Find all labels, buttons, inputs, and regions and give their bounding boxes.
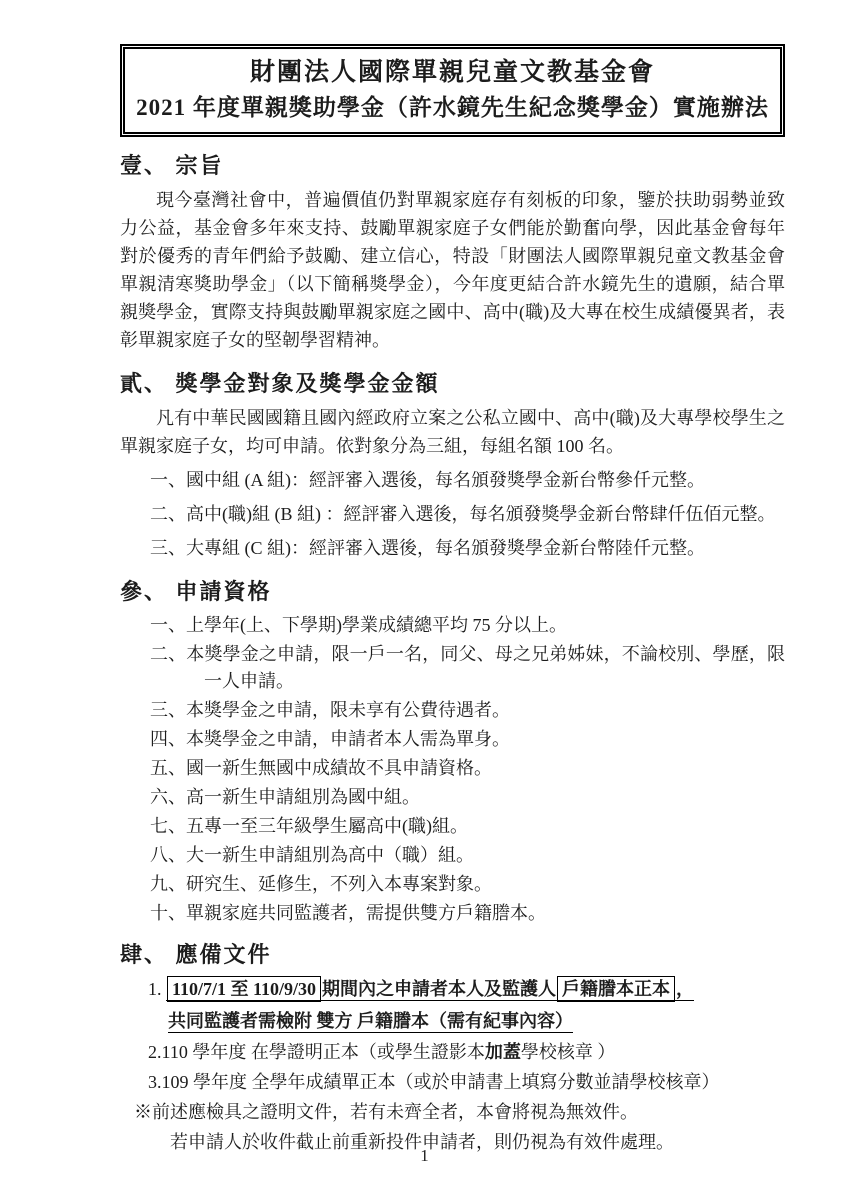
documents-invalid-note: ※前述應檢具之證明文件，若有未齊全者，本會將視為無效件。 bbox=[134, 1097, 785, 1127]
list-item-eligibility-8: 八、大一新生申請組別為高中（職）組。 bbox=[150, 842, 785, 869]
document-item-2-bold: 加蓋 bbox=[485, 1042, 521, 1062]
document-item-1: 1. 110/7/1 至 110/9/30期間內之申請者本人及監護人戶籍謄本正本… bbox=[148, 973, 785, 1037]
document-title-box: 財團法人國際單親兒童文教基金會 2021 年度單親獎助學金（許水鏡先生紀念獎學金… bbox=[120, 44, 785, 137]
award-group-list: 一、國中組 (A 組)：經評審入選後，每名頒發獎學金新台幣參仟元整。 二、高中(… bbox=[120, 466, 785, 562]
list-item-eligibility-1: 一、上學年(上、下學期)學業成績總平均 75 分以上。 bbox=[150, 612, 785, 639]
document-item-3: 3.109 學年度 全學年成績單正本（或於申請書上填寫分數並請學校核章） bbox=[148, 1067, 785, 1097]
purpose-paragraph: 現今臺灣社會中，普遍價值仍對單親家庭存有刻板的印象，鑒於扶助弱勢並致力公益，基金… bbox=[120, 186, 785, 354]
section-award-heading: 貳、 獎學金對象及獎學金金額 bbox=[120, 370, 785, 398]
section-award: 貳、 獎學金對象及獎學金金額 凡有中華民國國籍且國內經政府立案之公私立國中、高中… bbox=[120, 370, 785, 562]
document-item-2-number: 2. bbox=[148, 1042, 162, 1062]
page-number: 1 bbox=[0, 1146, 849, 1166]
document-title-program: 2021 年度單親獎助學金（許水鏡先生紀念獎學金）實施辦法 bbox=[129, 91, 776, 124]
list-item-eligibility-6: 六、高一新生申請組別為國中組。 bbox=[150, 784, 785, 811]
list-item-eligibility-3: 三、本獎學金之申請，限未享有公費待遇者。 bbox=[150, 697, 785, 724]
section-documents-heading: 肆、 應備文件 bbox=[120, 941, 785, 969]
document-item-1-tail: ， bbox=[676, 979, 694, 999]
section-documents: 肆、 應備文件 1. 110/7/1 至 110/9/30期間內之申請者本人及監… bbox=[120, 941, 785, 1157]
documents-list: 1. 110/7/1 至 110/9/30期間內之申請者本人及監護人戶籍謄本正本… bbox=[120, 973, 785, 1097]
document-item-2-text-b: 學校核章 ） bbox=[521, 1042, 616, 1062]
document-item-3-number: 3. bbox=[148, 1072, 162, 1092]
award-intro-paragraph: 凡有中華民國國籍且國內經政府立案之公私立國中、高中(職)及大專學校學生之單親家庭… bbox=[120, 404, 785, 460]
date-range-box: 110/7/1 至 110/9/30 bbox=[167, 976, 321, 1002]
list-item-award-group-a: 一、國中組 (A 組)：經評審入選後，每名頒發獎學金新台幣參仟元整。 bbox=[150, 466, 785, 494]
document-item-1-guardian-note: 共同監護者需檢附 雙方 戶籍謄本（需有紀事內容） bbox=[168, 1011, 573, 1033]
document-item-3-text: 109 學年度 全學年成績單正本（或於申請書上填寫分數並請學校核章） bbox=[162, 1072, 720, 1092]
document-item-1-underlined: 110/7/1 至 110/9/30期間內之申請者本人及監護人戶籍謄本正本， bbox=[166, 979, 694, 1001]
household-registry-box: 戶籍謄本正本 bbox=[557, 976, 675, 1002]
list-item-award-group-b: 二、高中(職)組 (B 組) ：經評審入選後，每名頒發獎學金新台幣肆仟伍佰元整。 bbox=[150, 500, 785, 528]
document-title-org: 財團法人國際單親兒童文教基金會 bbox=[129, 54, 776, 91]
list-item-award-group-c: 三、大專組 (C 組)：經評審入選後，每名頒發獎學金新台幣陸仟元整。 bbox=[150, 534, 785, 562]
section-purpose-heading: 壹、 宗旨 bbox=[120, 152, 785, 180]
document-item-2: 2.110 學年度 在學證明正本（或學生證影本加蓋學校核章 ） bbox=[148, 1037, 785, 1067]
list-item-eligibility-5: 五、國一新生無國中成績故不具申請資格。 bbox=[150, 755, 785, 782]
document-item-1-text: 期間內之申請者本人及監護人 bbox=[322, 979, 556, 999]
list-item-eligibility-4: 四、本獎學金之申請，申請者本人需為單身。 bbox=[150, 726, 785, 753]
eligibility-list: 一、上學年(上、下學期)學業成績總平均 75 分以上。 二、本獎學金之申請，限一… bbox=[120, 612, 785, 927]
document-item-1-number: 1. bbox=[148, 979, 162, 999]
document-item-2-text-a: 110 學年度 在學證明正本（或學生證影本 bbox=[162, 1042, 485, 1062]
list-item-eligibility-10: 十、單親家庭共同監護者，需提供雙方戶籍謄本。 bbox=[150, 900, 785, 927]
list-item-eligibility-2: 二、本獎學金之申請，限一戶一名，同父、母之兄弟姊妹，不論校別、學歷，限一人申請。 bbox=[150, 641, 785, 695]
list-item-eligibility-9: 九、研究生、延修生，不列入本專案對象。 bbox=[150, 871, 785, 898]
document-page: 財團法人國際單親兒童文教基金會 2021 年度單親獎助學金（許水鏡先生紀念獎學金… bbox=[0, 0, 849, 1200]
section-purpose: 壹、 宗旨 現今臺灣社會中，普遍價值仍對單親家庭存有刻板的印象，鑒於扶助弱勢並致… bbox=[120, 152, 785, 354]
list-item-eligibility-7: 七、五專一至三年級學生屬高中(職)組。 bbox=[150, 813, 785, 840]
section-eligibility: 參、 申請資格 一、上學年(上、下學期)學業成績總平均 75 分以上。 二、本獎… bbox=[120, 578, 785, 927]
document-item-1-line-1: 1. 110/7/1 至 110/9/30期間內之申請者本人及監護人戶籍謄本正本… bbox=[148, 973, 785, 1006]
section-eligibility-heading: 參、 申請資格 bbox=[120, 578, 785, 606]
document-item-1-line-2: 共同監護者需檢附 雙方 戶籍謄本（需有紀事內容） bbox=[148, 1006, 785, 1037]
